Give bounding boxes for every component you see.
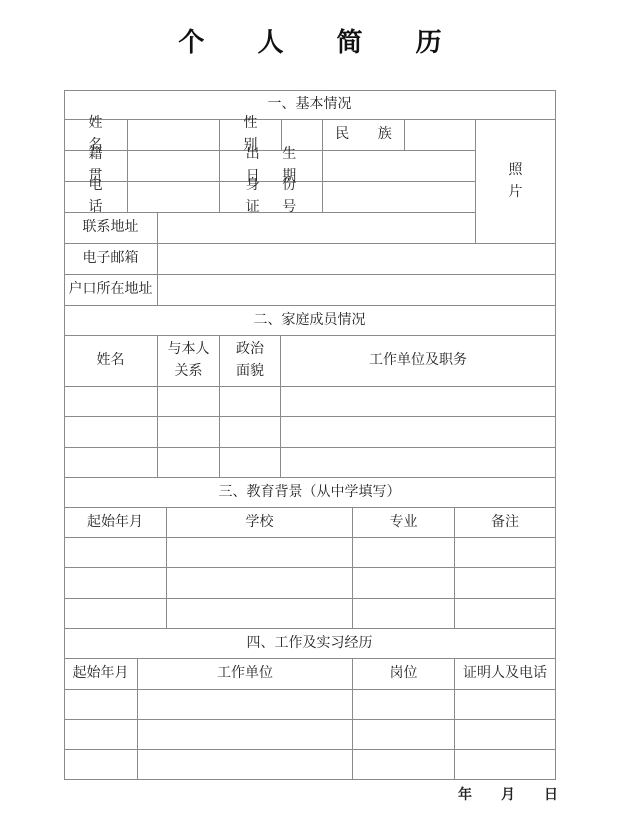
- work-row-3-reference[interactable]: [455, 750, 556, 780]
- work-row-1-employer[interactable]: [138, 690, 353, 720]
- education-row-1-notes[interactable]: [455, 538, 556, 568]
- family-col-relation: 与本人 关系: [158, 336, 220, 387]
- family-col-name: 姓名: [64, 336, 158, 387]
- household-address-field[interactable]: [158, 275, 556, 306]
- education-col-notes: 备注: [455, 508, 556, 538]
- photo-label-line1: 照: [509, 160, 523, 182]
- work-row-1-start-date[interactable]: [64, 690, 138, 720]
- education-row-1-school[interactable]: [167, 538, 353, 568]
- label-ethnicity: 民 族: [323, 120, 405, 151]
- family-row-3-relation[interactable]: [158, 448, 220, 478]
- education-row-2-school[interactable]: [167, 568, 353, 599]
- family-col-political-line2: 面貌: [236, 361, 264, 383]
- native-place-field[interactable]: [128, 151, 220, 182]
- work-row-3-start-date[interactable]: [64, 750, 138, 780]
- education-row-3-start-date[interactable]: [64, 599, 167, 629]
- education-row-3-school[interactable]: [167, 599, 353, 629]
- ethnicity-field[interactable]: [405, 120, 476, 151]
- date-year-label: 年: [458, 784, 472, 804]
- family-row-2-name[interactable]: [64, 417, 158, 448]
- work-row-3-position[interactable]: [353, 750, 455, 780]
- education-row-1-major[interactable]: [353, 538, 455, 568]
- family-row-2-employer[interactable]: [281, 417, 556, 448]
- education-row-2-start-date[interactable]: [64, 568, 167, 599]
- date-day-label: 日: [544, 784, 558, 804]
- education-row-3-notes[interactable]: [455, 599, 556, 629]
- family-col-employer: 工作单位及职务: [281, 336, 556, 387]
- contact-address-field[interactable]: [158, 213, 476, 244]
- email-field[interactable]: [158, 244, 556, 275]
- label-phone: 电 话: [64, 182, 128, 213]
- label-id-number: 身 份 证 号: [220, 182, 323, 213]
- education-col-school: 学校: [167, 508, 353, 538]
- family-col-political-line1: 政治: [236, 339, 264, 361]
- family-row-3-employer[interactable]: [281, 448, 556, 478]
- education-row-2-notes[interactable]: [455, 568, 556, 599]
- name-field[interactable]: [128, 120, 220, 151]
- education-row-3-major[interactable]: [353, 599, 455, 629]
- work-col-reference: 证明人及电话: [455, 659, 556, 690]
- work-row-1-position[interactable]: [353, 690, 455, 720]
- section-education-heading: 三、教育背景（从中学填写）: [64, 478, 556, 508]
- family-row-1-name[interactable]: [64, 387, 158, 417]
- section-basic-heading: 一、基本情况: [64, 90, 556, 120]
- page-title: 个 人 简 历: [0, 22, 620, 59]
- date-footer: 年 月 日: [458, 784, 558, 804]
- education-col-start-date: 起始年月: [64, 508, 167, 538]
- work-row-2-position[interactable]: [353, 720, 455, 750]
- section-work-heading: 四、工作及实习经历: [64, 629, 556, 659]
- work-row-2-start-date[interactable]: [64, 720, 138, 750]
- work-col-start-date: 起始年月: [64, 659, 138, 690]
- family-row-2-relation[interactable]: [158, 417, 220, 448]
- family-col-relation-line1: 与本人: [168, 339, 210, 361]
- section-family-heading: 二、家庭成员情况: [64, 306, 556, 336]
- family-row-1-employer[interactable]: [281, 387, 556, 417]
- resume-form-table: 一、基本情况 姓 名 性 别 民 族 照 片 籍 贯 出 生 日 期 电 话 身…: [64, 90, 556, 780]
- label-email: 电子邮箱: [64, 244, 158, 275]
- family-row-3-name[interactable]: [64, 448, 158, 478]
- work-row-2-reference[interactable]: [455, 720, 556, 750]
- id-number-field[interactable]: [323, 182, 476, 213]
- family-col-political: 政治 面貌: [220, 336, 281, 387]
- work-row-2-employer[interactable]: [138, 720, 353, 750]
- label-household-address: 户口所在地址: [64, 275, 158, 306]
- education-row-1-start-date[interactable]: [64, 538, 167, 568]
- family-row-1-relation[interactable]: [158, 387, 220, 417]
- phone-field[interactable]: [128, 182, 220, 213]
- family-row-3-political[interactable]: [220, 448, 281, 478]
- education-col-major: 专业: [353, 508, 455, 538]
- birth-date-field[interactable]: [323, 151, 476, 182]
- work-col-position: 岗位: [353, 659, 455, 690]
- photo-label-line2: 片: [509, 182, 523, 204]
- work-col-employer: 工作单位: [138, 659, 353, 690]
- work-row-3-employer[interactable]: [138, 750, 353, 780]
- education-row-2-major[interactable]: [353, 568, 455, 599]
- family-col-relation-line2: 关系: [175, 361, 203, 383]
- date-month-label: 月: [501, 784, 515, 804]
- family-row-1-political[interactable]: [220, 387, 281, 417]
- work-row-1-reference[interactable]: [455, 690, 556, 720]
- label-contact-address: 联系地址: [64, 213, 158, 244]
- photo-box[interactable]: 照 片: [476, 120, 556, 244]
- family-row-2-political[interactable]: [220, 417, 281, 448]
